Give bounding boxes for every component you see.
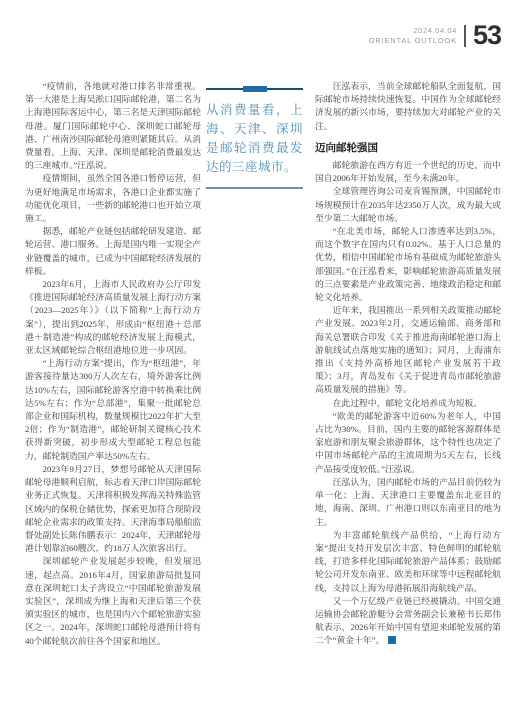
pull-quote-top-rule: [206, 86, 303, 92]
issue-date: 2024.04.04: [369, 26, 457, 35]
end-of-article-marker: [388, 636, 396, 644]
paragraph: 全球管理咨询公司麦肯锡预测，中国邮轮市场规模预计在2035年达2350万人次，成…: [315, 185, 501, 225]
page-header: 2024.04.04 ORIENTAL OUTLOOK 53: [369, 22, 501, 49]
paragraph: 汪泓认为，国内邮轮市场的产品目前仍较为单一化；上海、天津港口主要覆盖东北亚目的地…: [315, 476, 501, 529]
paragraph: 又一个万亿级产业链已经被撬动。中国交通运输协会邮轮游艇分会常务副会长兼秘书长郑伟…: [315, 595, 501, 648]
magazine-page: 2024.04.04 ORIENTAL OUTLOOK 53 “疫情前，各地就对…: [0, 0, 521, 705]
pull-quote-text: 从消费量看，上海、天津、深圳是邮轮消费最发达的三座城市。: [206, 101, 303, 177]
paragraph: 近年来，我国推出一系列相关政策推动邮轮产业发展。2023年2月，交通运输部、商务…: [315, 304, 501, 396]
paragraph: 在此过程中，邮轮文化培养成为短板。: [315, 397, 501, 410]
pull-quote-bottom-rule: [206, 187, 303, 189]
pull-quote: 从消费量看，上海、天津、深圳是邮轮消费最发达的三座城市。: [206, 86, 303, 189]
paragraph: “欧美的邮轮游客中近60%为老年人，中国占比为30%。目前，国内主要的邮轮客源群…: [315, 410, 501, 476]
paragraph: “疫情前，各地就对港口排名非常重视。第一大港是上海吴淞口国际邮轮港，第二名为上海…: [25, 80, 201, 172]
right-text-column: 汪泓表示，当前全球邮轮船队全面复航，国际邮轮市场持续快速恢复。中国作为全球邮轮经…: [315, 80, 501, 648]
paragraph: 为丰富邮轮航线产品供给，“上海行动方案”提出支持开发层次丰富、特色鲜明的邮轮航线…: [315, 529, 501, 595]
rule-center-tick: [243, 86, 267, 92]
paragraph: “在北美市场，邮轮人口渗透率达到3.5%，而这个数字在国内只有0.02%。基于人…: [315, 225, 501, 304]
header-divider: [464, 25, 466, 47]
magazine-title: ORIENTAL OUTLOOK: [369, 36, 457, 45]
paragraph: 2023年6月，上海市人民政府办公厅印发《推进国际邮轮经济高质量发展上海行动方案…: [25, 278, 201, 357]
paragraph: “上海行动方案”提出，作为“枢纽港”，年游客接待量达300万人次左右，境外游客比…: [25, 357, 201, 463]
paragraph: 据悉，邮轮产业链包括邮轮研发建造、邮轮运营、港口服务。上海是国内唯一实现全产业链…: [25, 225, 201, 278]
section-heading: 迈向邮轮强国: [315, 142, 501, 155]
paragraph: 邮轮旅游在西方有近一个世纪的历史，而中国自2006年开始发展，至今未满20年。: [315, 159, 501, 185]
paragraph: 疫情期间，虽然全国各港口暂停运营，但为更好地满足市场需求，各港口企业都实施了功能…: [25, 172, 201, 225]
paragraph-text: 又一个万亿级产业链已经被撬动。中国交通运输协会邮轮游艇分会常务副会长兼秘书长郑伟…: [315, 596, 501, 646]
page-number: 53: [473, 22, 501, 49]
paragraph: 汪泓表示，当前全球邮轮船队全面复航，国际邮轮市场持续快速恢复。中国作为全球邮轮经…: [315, 80, 501, 133]
issue-info: 2024.04.04 ORIENTAL OUTLOOK: [369, 26, 457, 45]
paragraph: 2023年9月27日，梦想号邮轮从天津国际邮轮母港顺利启航，标志着天津口岸国际邮…: [25, 463, 201, 555]
left-text-column: “疫情前，各地就对港口排名非常重视。第一大港是上海吴淞口国际邮轮港，第二名为上海…: [25, 80, 201, 648]
paragraph: 深圳邮轮产业发展起步较晚，但发展迅速，起点高。2016年4月，国家旅游局批复同意…: [25, 555, 201, 647]
